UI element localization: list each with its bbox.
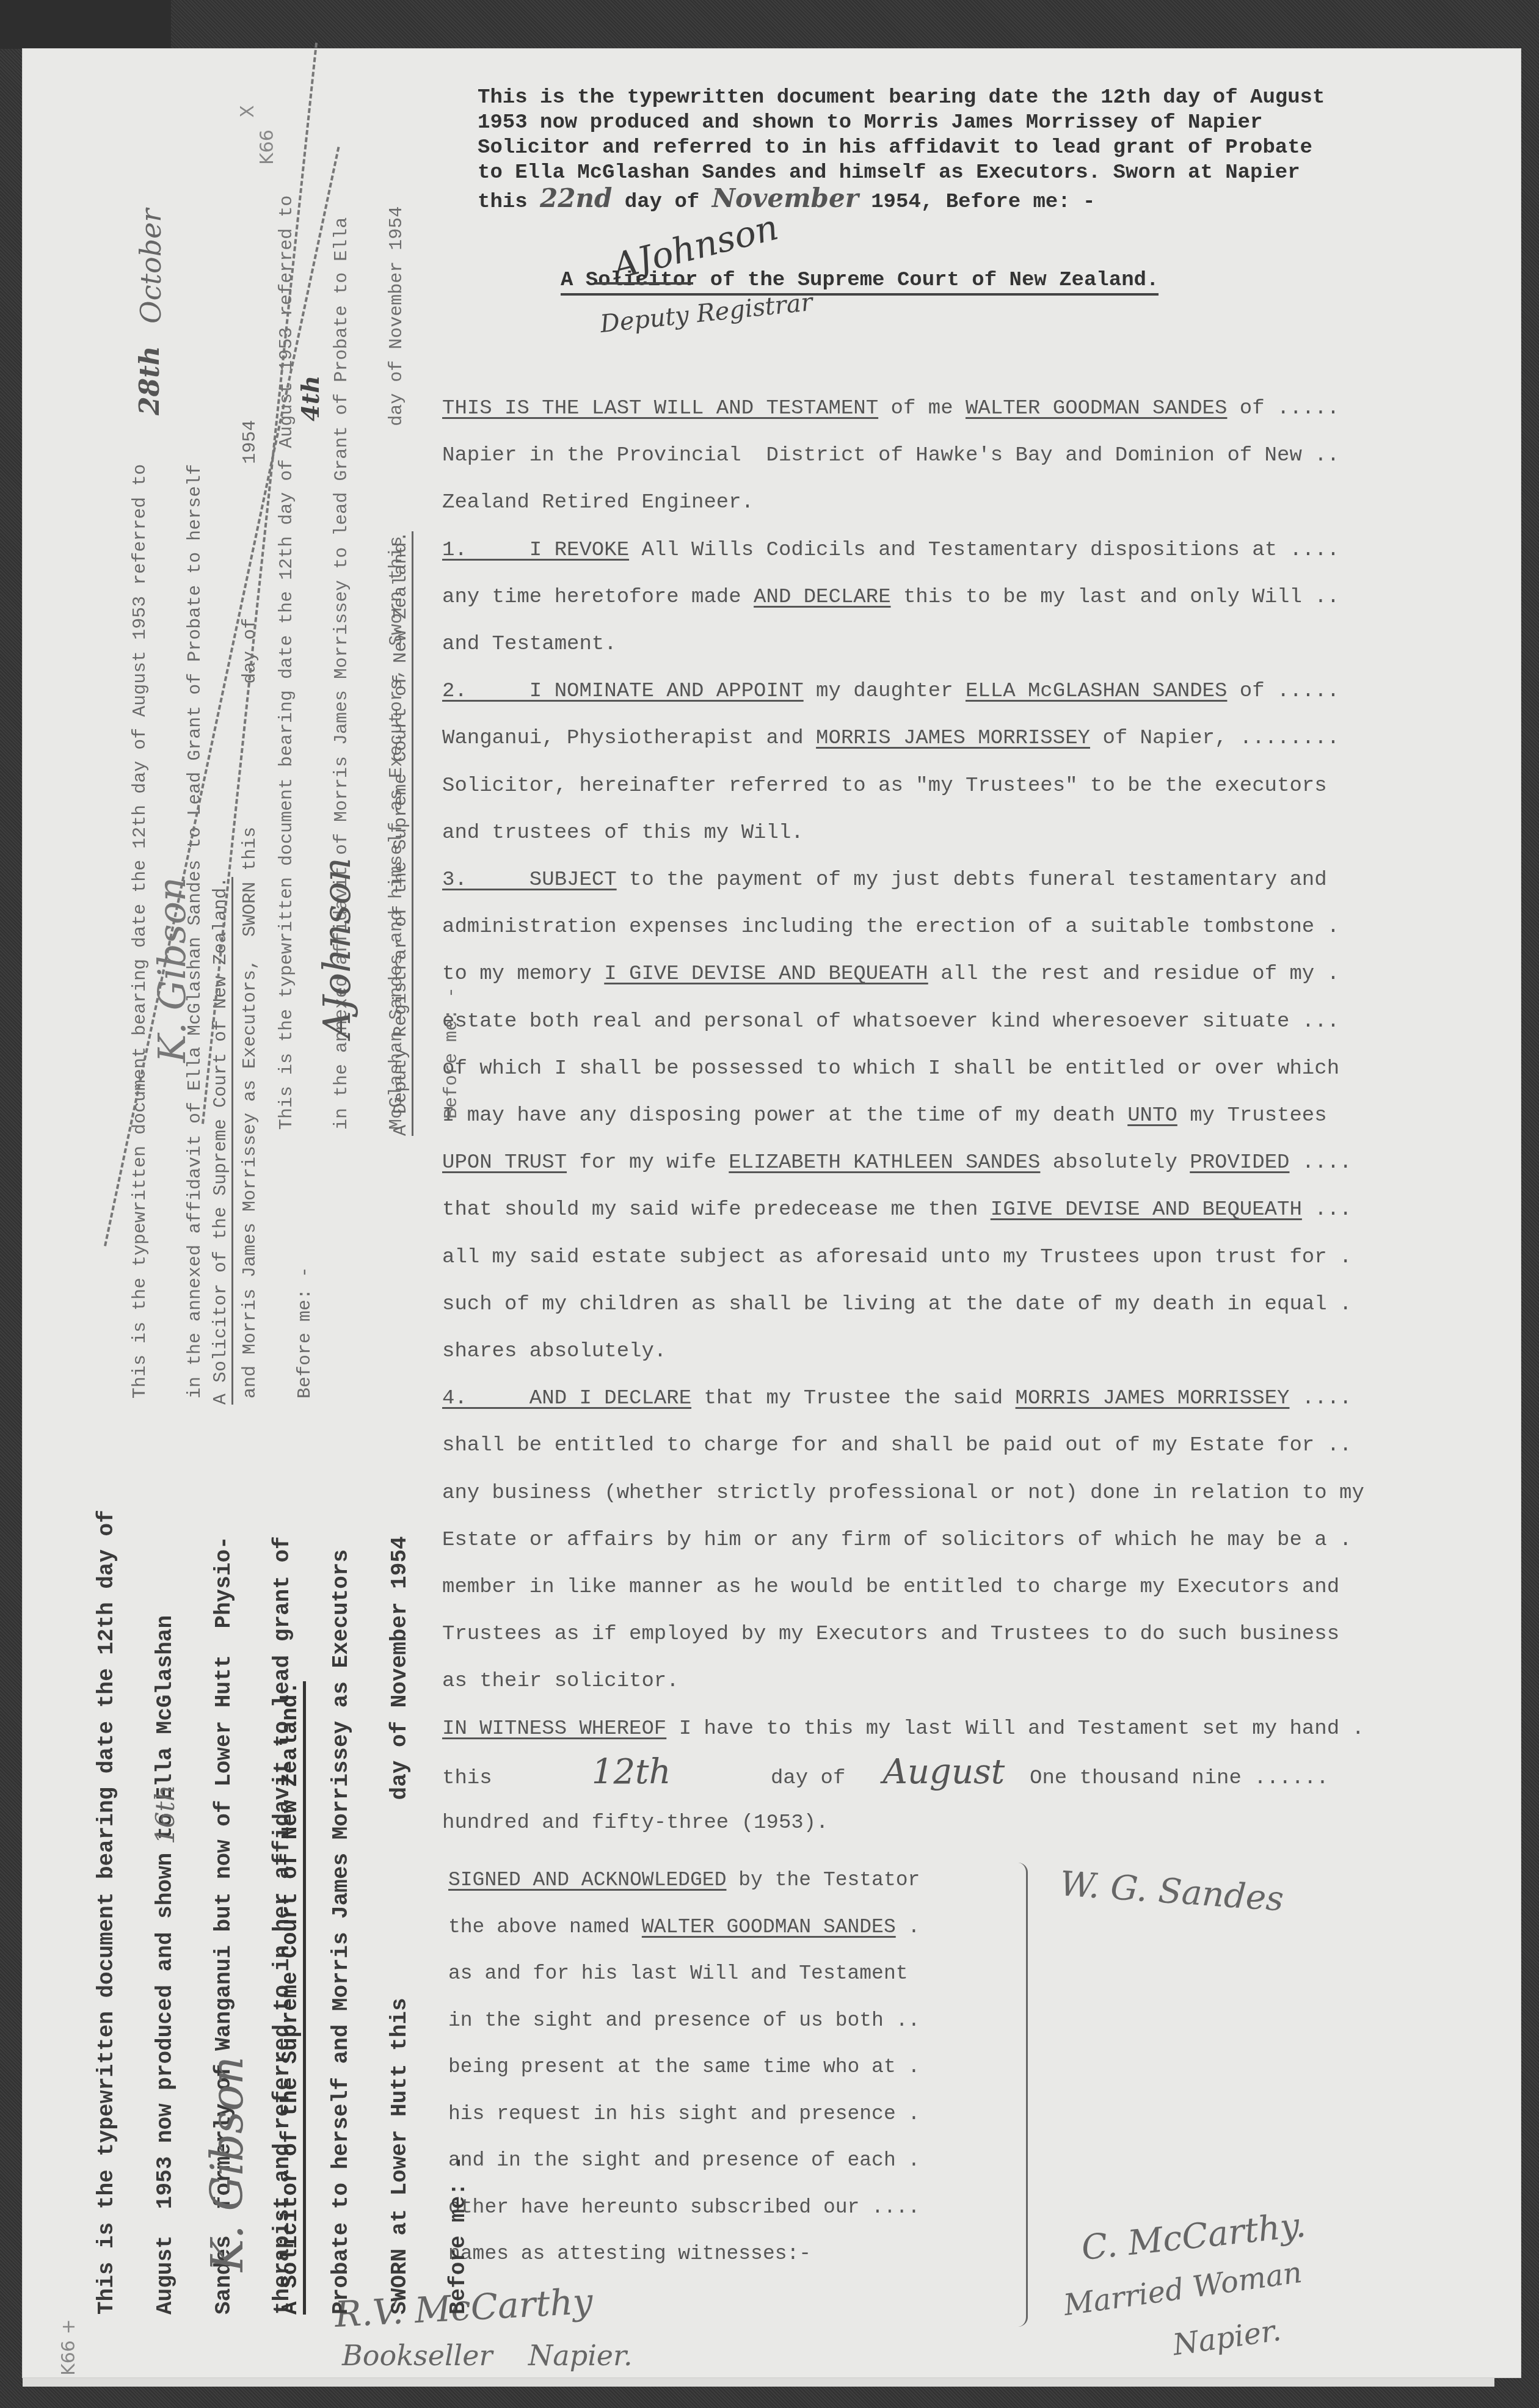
underlined-term: ELLA McGLASHAN SANDES [966,680,1227,703]
will-line: of which I shall be possessed to which I… [442,1057,1339,1080]
side-exhibit-1-title: A Solicitor of the Supreme Court of New … [278,1681,303,2315]
top-exhibit-line: 1953 now produced and shown to Morris Ja… [478,111,1325,136]
attestation-line: as and for his last Will and Testament [448,1962,908,1985]
attestation-line: and in the sight and presence of each . [448,2149,920,2172]
will-line: any business (whether strictly professio… [442,1482,1364,1505]
will-year-line: hundred and fifty-three (1953). [442,1811,829,1835]
underlined-term: 4. AND I DECLARE [442,1387,691,1410]
top-solicitor-title: A Solicitor of the Supreme Court of New … [561,269,1159,292]
attestation-line: SIGNED AND ACKNOWLEDGED by the Testator [448,1869,920,1891]
will-line: such of my children as shall be living a… [442,1293,1352,1316]
will-line: 4. AND I DECLARE that my Trustee the sai… [442,1387,1352,1410]
will-line: Wanganui, Physiotherapist and MORRIS JAM… [442,727,1339,750]
will-line: member in like manner as he would be ent… [442,1576,1339,1599]
side-exhibit-1: This is the typewritten document bearing… [58,1510,488,2315]
top-exhibit-line: This is the typewritten document bearing… [478,85,1325,111]
handwritten-month: November [712,183,859,213]
will-line: and trustees of this my Will. [442,821,804,845]
attestation-brace [1014,1863,1028,2327]
underlying-page-edge [23,2377,1494,2387]
will-line: estate both real and personal of whatsoe… [442,1010,1339,1033]
side-exhibit-2-handwritten-month: October [134,209,167,324]
underlined-term: MORRIS JAMES MORRISSEY [816,727,1090,750]
handwritten-day: 22nd [540,183,612,213]
witness-1-details: Bookseller Napier. [342,2339,633,2372]
attestation-line: the above named WALTER GOODMAN SANDES . [448,1916,920,1938]
will-line: IN WITNESS WHEREOF I have to this my las… [442,1717,1364,1741]
top-exhibit-line: Solicitor and referred to in his affidav… [478,136,1325,161]
handwritten-fill: 12th [592,1752,671,1792]
attestation-line: other have hereunto subscribed our .... [448,2196,920,2219]
underlined-term: ELIZABETH KATHLEEN SANDES [729,1151,1040,1174]
side-exhibit-1-signature: K. Gibson [202,2056,253,2272]
binder-spine [0,0,171,49]
will-line: shall be entitled to charge for and shal… [442,1434,1352,1457]
margin-code-mark: K66 + [58,2319,79,2376]
handwritten-fill: August [883,1752,1005,1792]
side-exhibit-3: This is the typewritten document bearing… [241,195,479,1130]
will-line: that should my said wife predecease me t… [442,1198,1352,1221]
will-line: Trustees as if employed by my Executors … [442,1623,1339,1646]
will-line: Estate or affairs by him or any firm of … [442,1529,1352,1552]
will-line: administration expenses including the er… [442,915,1339,939]
underlined-term: WALTER GOODMAN SANDES [642,1916,896,1938]
top-exhibit-line: to Ella McGlashan Sandes and himself as … [478,161,1325,186]
will-line: THIS IS THE LAST WILL AND TESTAMENT of m… [442,397,1339,420]
side-exhibit-2-signature: K. Gibson [150,877,194,1063]
underlined-term: SIGNED AND ACKNOWLEDGED [448,1869,726,1891]
underlined-term: UNTO [1127,1104,1177,1127]
will-line: 2. I NOMINATE AND APPOINT my daughter EL… [442,680,1339,703]
will-line: UPON TRUST for my wife ELIZABETH KATHLEE… [442,1151,1352,1174]
underlined-term: 2. I NOMINATE AND APPOINT [442,680,804,703]
underlined-term: AND DECLARE [754,586,890,609]
top-exhibit-date-line: this 22nd day of November 1954, Before m… [478,186,1325,211]
will-line: 1. I REVOKE All Wills Codicils and Testa… [442,539,1339,562]
underlined-term: THIS IS THE LAST WILL AND TESTAMENT [442,397,878,420]
will-line: Napier in the Provincial District of Haw… [442,444,1339,467]
side-exhibit-1-handwritten-day: 16th [150,1785,180,1844]
top-exhibit-note: This is the typewritten document bearing… [478,85,1325,211]
side-exhibit-3-title: A Deputy Registrar of the Supreme Court … [391,531,412,1136]
attestation-line: being present at the same time who at . [448,2056,920,2078]
underlined-term: PROVIDED [1190,1151,1289,1174]
will-line: any time heretofore made AND DECLARE thi… [442,586,1339,609]
will-date-line: this 12th day of August One thousand nin… [442,1752,1329,1792]
will-line: Zealand Retired Engineer. [442,491,754,514]
side-exhibit-3-signature: AJohnson [315,857,359,1038]
strikethrough-solicitor [595,282,693,285]
underlined-term: UPON TRUST [442,1151,567,1174]
underlined-term: I GIVE DEVISE AND BEQUEATH [604,962,928,986]
will-line: all my said estate subject as aforesaid … [442,1246,1352,1269]
will-line: shares absolutely. [442,1340,666,1363]
side-exhibit-2-handwritten-day: 28th [134,346,166,415]
margin-code-mark: K66 [256,129,278,165]
underlined-term: WALTER GOODMAN SANDES [966,397,1227,420]
attestation-line: his request in his sight and presence . [448,2103,920,2125]
attestation-line: names as attesting witnesses:- [448,2242,811,2265]
attestation-line: in the sight and presence of us both .. [448,2009,920,2032]
margin-x-mark: X [237,105,258,118]
underlined-term: IGIVE DEVISE AND BEQUEATH [991,1198,1302,1221]
will-line: Solicitor, hereinafter referred to as "m… [442,774,1327,798]
will-line: 3. SUBJECT to the payment of my just deb… [442,868,1327,892]
underlined-term: MORRIS JAMES MORRISSEY [1016,1387,1290,1410]
will-line: I may have any disposing power at the ti… [442,1104,1327,1127]
will-line: to my memory I GIVE DEVISE AND BEQUEATH … [442,962,1339,986]
side-exhibit-3-handwritten-day: 4th [296,376,325,421]
